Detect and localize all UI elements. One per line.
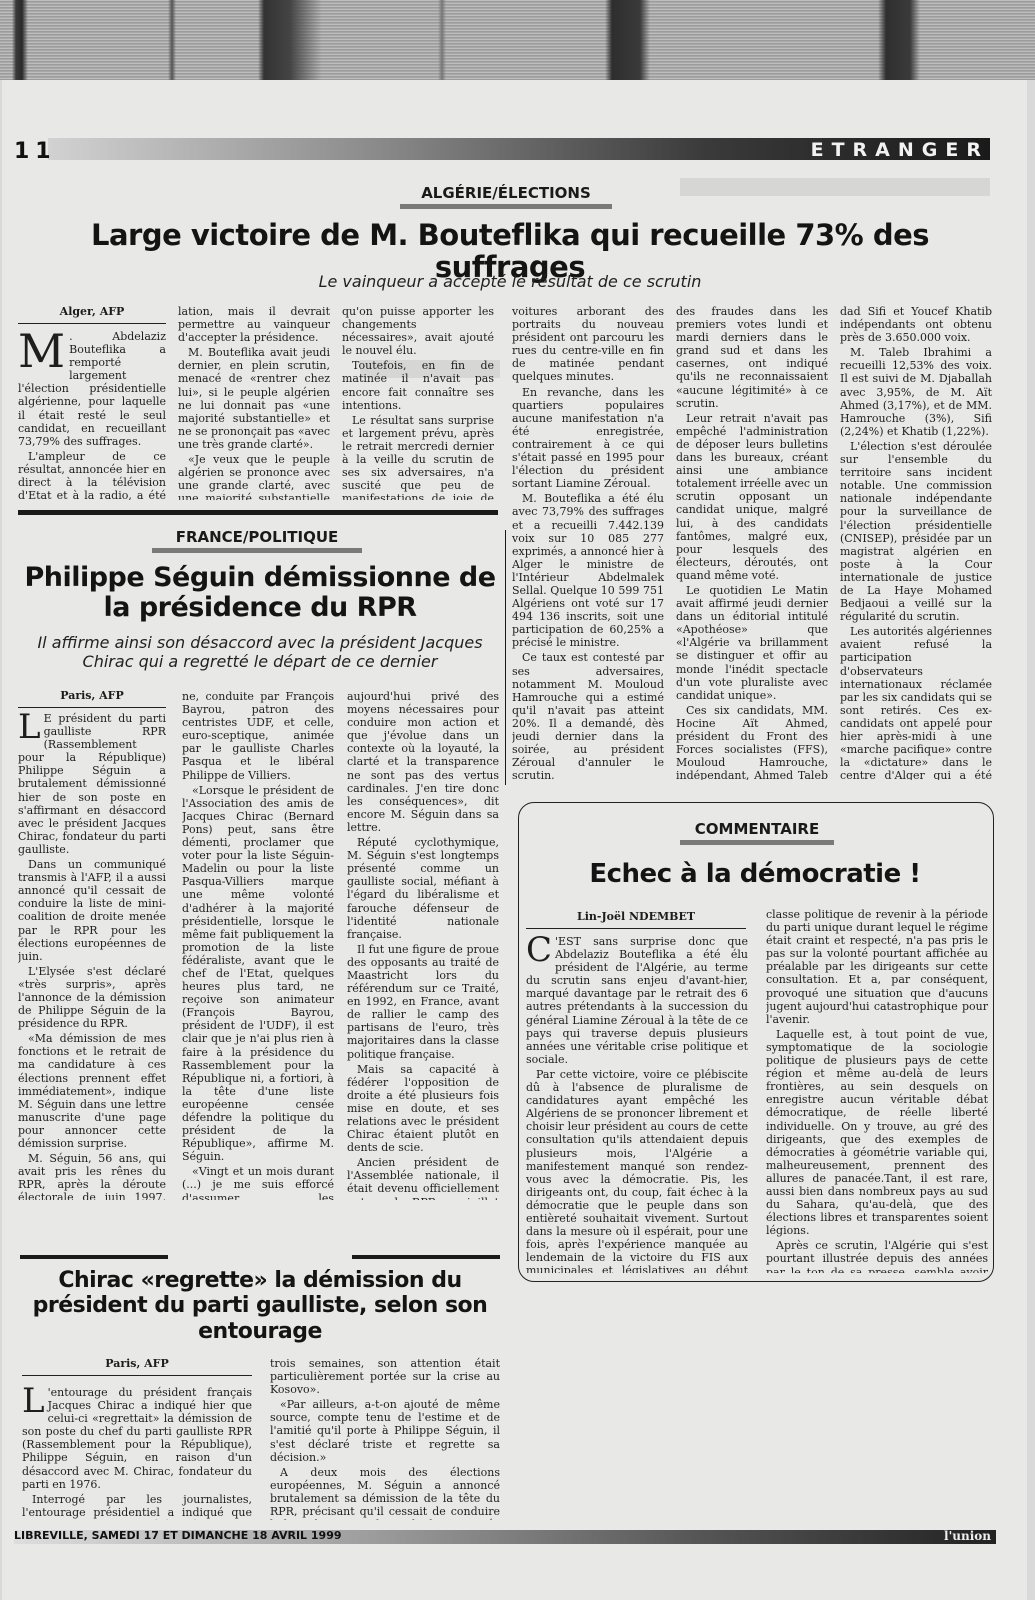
article-column: LE président du parti gaulliste RPR (Ras… xyxy=(18,712,166,1200)
article-column: L'entourage du président français Jacque… xyxy=(22,1386,252,1520)
kicker-text: FRANCE/POLITIQUE xyxy=(176,528,339,546)
drop-cap: L xyxy=(22,1387,45,1415)
paragraph: Interrogé par les journalistes, l'entour… xyxy=(22,1493,252,1520)
deck-seguin: Il affirme ainsi son désaccord avec la p… xyxy=(20,633,500,671)
headline-seguin: Philippe Séguin démissionne de la présid… xyxy=(20,563,500,622)
section-divider xyxy=(18,510,498,515)
kicker-text: ALGÉRIE/ÉLECTIONS xyxy=(421,184,591,202)
paragraph: «Je veux que le peuple algérien se prono… xyxy=(178,453,330,500)
paragraph: L'Elysée s'est déclaré «très surpris», a… xyxy=(18,965,166,1030)
article-column: dad Sifi et Youcef Khatib indépendants o… xyxy=(840,305,992,780)
paragraph: A deux mois des élections européennes, M… xyxy=(270,1466,500,1520)
commentary-column: classe politique de revenir à la période… xyxy=(766,908,988,1273)
paragraph: Le quotidien Le Matin avait affirmé jeud… xyxy=(676,584,828,702)
article-column: lation, mais il devrait permettre au vai… xyxy=(178,305,330,500)
paragraph: Ces six candidats, MM. Hocine Aït Ahmed,… xyxy=(676,704,828,780)
paragraph: Dans un communiqué transmis à l'AFP, il … xyxy=(18,858,166,963)
paragraph: Après ce scrutin, l'Algérie qui s'est po… xyxy=(766,1239,988,1273)
commentary-column: C'EST sans surprise donc que Abdelaziz B… xyxy=(526,935,748,1273)
article-column: qu'on puisse apporter les changements né… xyxy=(342,305,494,500)
paragraph: Le résultat sans surprise et largement p… xyxy=(342,414,494,500)
drop-cap: L xyxy=(18,713,41,741)
page-number: 11 xyxy=(14,139,57,164)
paragraph: qu'on puisse apporter les changements né… xyxy=(342,305,494,357)
section-label: ETRANGER xyxy=(811,139,989,161)
article-kicker-france: FRANCE/POLITIQUE xyxy=(152,528,362,553)
paragraph: «Vingt et un mois durant (...) je me sui… xyxy=(182,1165,334,1200)
paragraph: L'élection s'est déroulée sur l'ensemble… xyxy=(840,440,992,623)
section-divider xyxy=(20,1255,168,1259)
kicker-underline xyxy=(680,840,834,845)
paragraph: M. Séguin, 56 ans, qui avait pris les rê… xyxy=(18,1152,166,1200)
byline-commentary: Lin-Joël NDEMBET xyxy=(526,910,746,929)
paragraph: des fraudes dans les premiers votes lund… xyxy=(676,305,828,410)
paragraph: Leur retrait n'avait pas empêché l'admin… xyxy=(676,412,828,582)
publication-logo: l'union xyxy=(944,1529,991,1543)
drop-cap: C xyxy=(526,936,552,964)
paragraph: 'EST sans surprise donc que Abdelaziz Bo… xyxy=(526,935,748,1066)
article-column: trois semaines, son attention était part… xyxy=(270,1357,500,1520)
paragraph: 'entourage du président français Jacques… xyxy=(22,1386,252,1491)
paragraph: Réputé cyclothymique, M. Séguin s'est lo… xyxy=(347,836,499,941)
paragraph: M. Taleb Ibrahimi a recueilli 12,53% des… xyxy=(840,346,992,438)
article-column: ne, conduite par François Bayrou, patron… xyxy=(182,690,334,1200)
article-column: voitures arborant des portraits du nouve… xyxy=(512,305,664,780)
paragraph: Les autorités algériennes avaient refusé… xyxy=(840,625,992,780)
paragraph: M. Bouteflika avait jeudi dernier, en pl… xyxy=(178,346,330,451)
drop-cap: M xyxy=(18,332,65,370)
article-kicker-algeria: ALGÉRIE/ÉLECTIONS xyxy=(400,184,612,209)
deck-algeria: Le vainqueur a accepté le résultat de ce… xyxy=(200,272,820,291)
article-column: des fraudes dans les premiers votes lund… xyxy=(676,305,828,780)
paragraph: «Lorsque le président de l'Association d… xyxy=(182,784,334,1164)
scanner-edge-strip xyxy=(0,0,1035,80)
section-divider xyxy=(352,1255,500,1259)
kicker-underline xyxy=(152,548,362,553)
paragraph: dad Sifi et Youcef Khatib indépendants o… xyxy=(840,305,992,344)
paragraph: Mais sa capacité à fédérer l'opposition … xyxy=(347,1063,499,1155)
article-column: M. Abdelaziz Bouteflika a remporté large… xyxy=(18,330,166,500)
headline-commentary: Echec à la démocratie ! xyxy=(520,860,990,889)
paragraph: Il fut une figure de proue des opposants… xyxy=(347,943,499,1061)
paragraph: Laquelle est, à tout point de vue, sympt… xyxy=(766,1028,988,1238)
paragraph: En revanche, dans les quartiers populair… xyxy=(512,386,664,491)
byline-chirac: Paris, AFP xyxy=(22,1357,252,1376)
paragraph: Par cette victoire, voire ce plébiscite … xyxy=(526,1068,748,1273)
kicker-text: COMMENTAIRE xyxy=(695,820,819,838)
footer-dateline: LIBREVILLE, SAMEDI 17 ET DIMANCHE 18 AVR… xyxy=(14,1529,342,1542)
paragraph: Ce taux est contesté par ses adversaires… xyxy=(512,651,664,780)
paragraph: ne, conduite par François Bayrou, patron… xyxy=(182,690,334,782)
paragraph: aujourd'hui privé des moyens nécessaires… xyxy=(347,690,499,834)
paragraph: M. Bouteflika a été élu avec 73,79% des … xyxy=(512,492,664,649)
paragraph: classe politique de revenir à la période… xyxy=(766,908,988,1026)
paragraph: «Par ailleurs, a-t-on ajouté de même sou… xyxy=(270,1398,500,1463)
byline-algeria: Alger, AFP xyxy=(18,305,166,324)
kicker-underline xyxy=(400,204,612,209)
bleed-through-shadow xyxy=(680,178,990,196)
byline-seguin: Paris, AFP xyxy=(18,689,166,708)
commentary-kicker: COMMENTAIRE xyxy=(680,820,834,845)
paragraph: Toutefois, en fin de matinée il n'avait … xyxy=(342,359,494,411)
paragraph: lation, mais il devrait permettre au vai… xyxy=(178,305,330,344)
paragraph: voitures arborant des portraits du nouve… xyxy=(512,305,664,384)
paragraph: L'ampleur de ce résultat, annoncée hier … xyxy=(18,450,166,500)
paragraph: trois semaines, son attention était part… xyxy=(270,1357,500,1396)
column-divider xyxy=(505,530,506,785)
paragraph: «Ma démission de mes fonctions et le ret… xyxy=(18,1032,166,1150)
headline-chirac: Chirac «regrette» la démission du présid… xyxy=(30,1268,490,1344)
paragraph: Ancien président de l'Assemblée national… xyxy=(347,1156,499,1200)
article-column: aujourd'hui privé des moyens nécessaires… xyxy=(347,690,499,1200)
